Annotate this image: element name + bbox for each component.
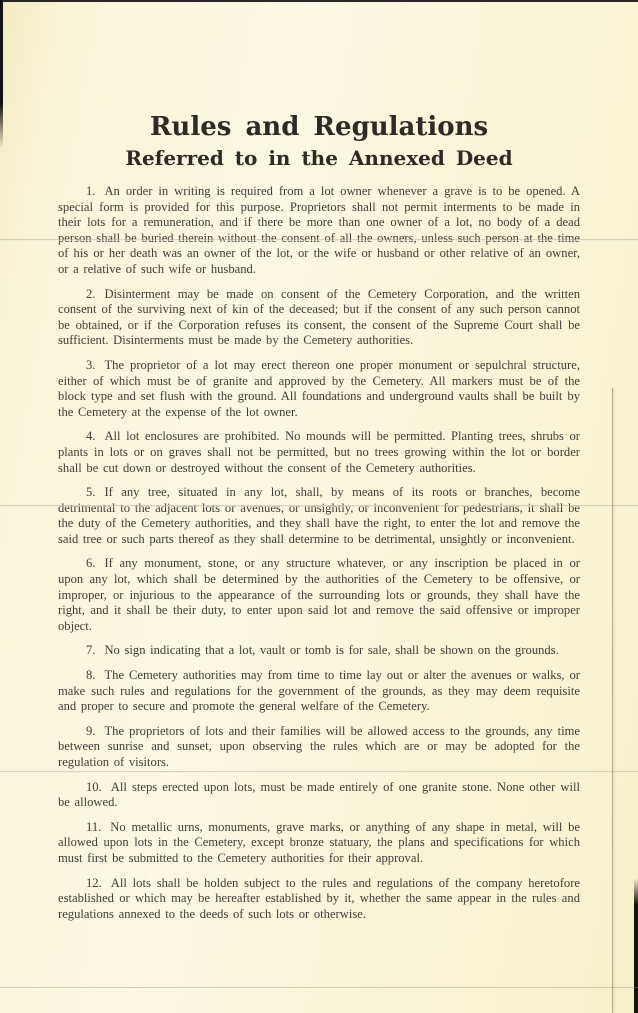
rule-paragraph: 7.No sign indicating that a lot, vault o… bbox=[58, 643, 580, 659]
rule-text: All lots shall be holden subject to the … bbox=[58, 876, 580, 921]
rule-number: 6. bbox=[86, 556, 104, 570]
rule-number: 11. bbox=[86, 820, 110, 834]
document-content: Rules and Regulations Referred to in the… bbox=[58, 0, 580, 931]
rule-text: The proprietor of a lot may erect thereo… bbox=[58, 358, 580, 419]
rule-number: 5. bbox=[86, 485, 104, 499]
paper-edge-bottom bbox=[0, 987, 638, 988]
rule-paragraph: 4.All lot enclosures are prohibited. No … bbox=[58, 429, 580, 476]
rule-text: The proprietors of lots and their famili… bbox=[58, 724, 580, 769]
rule-paragraph: 2.Disinterment may be made on consent of… bbox=[58, 287, 580, 349]
rule-text: No sign indicating that a lot, vault or … bbox=[104, 643, 558, 657]
scanner-edge-left bbox=[0, 0, 3, 148]
rule-text: All steps erected upon lots, must be mad… bbox=[58, 780, 580, 810]
rule-number: 3. bbox=[86, 358, 104, 372]
rule-text: All lot enclosures are prohibited. No mo… bbox=[58, 429, 580, 474]
rule-number: 4. bbox=[86, 429, 104, 443]
scanned-document-page: Rules and Regulations Referred to in the… bbox=[0, 0, 638, 1013]
rule-number: 10. bbox=[86, 780, 111, 794]
rule-paragraph: 11.No metallic urns, monuments, grave ma… bbox=[58, 820, 580, 867]
rule-paragraph: 12.All lots shall be holden subject to t… bbox=[58, 876, 580, 923]
rule-text: If any tree, situated in any lot, shall,… bbox=[58, 485, 580, 546]
rule-number: 1. bbox=[86, 184, 104, 198]
rule-paragraph: 3.The proprietor of a lot may erect ther… bbox=[58, 358, 580, 420]
scanner-edge-top bbox=[0, 0, 638, 2]
rule-number: 12. bbox=[86, 876, 111, 890]
rule-number: 8. bbox=[86, 668, 104, 682]
rule-number: 9. bbox=[86, 724, 104, 738]
paper-edge-line bbox=[612, 388, 613, 1013]
rules-list: 1.An order in writing is required from a… bbox=[58, 184, 580, 922]
rule-paragraph: 9.The proprietors of lots and their fami… bbox=[58, 724, 580, 771]
rule-paragraph: 8.The Cemetery authorities may from time… bbox=[58, 668, 580, 715]
rule-paragraph: 6.If any monument, stone, or any structu… bbox=[58, 556, 580, 634]
rule-paragraph: 5.If any tree, situated in any lot, shal… bbox=[58, 485, 580, 547]
rule-number: 2. bbox=[86, 287, 104, 301]
rule-paragraph: 10.All steps erected upon lots, must be … bbox=[58, 780, 580, 811]
rule-text: If any monument, stone, or any structure… bbox=[58, 556, 580, 632]
rule-text: No metallic urns, monuments, grave marks… bbox=[58, 820, 580, 865]
document-title-line2: Referred to in the Annexed Deed bbox=[58, 146, 580, 170]
rule-text: Disinterment may be made on consent of t… bbox=[58, 287, 580, 348]
rule-text: An order in writing is required from a l… bbox=[58, 184, 580, 276]
rule-text: The Cemetery authorities may from time t… bbox=[58, 668, 580, 713]
document-title-line1: Rules and Regulations bbox=[58, 112, 580, 142]
rule-paragraph: 1.An order in writing is required from a… bbox=[58, 184, 580, 278]
scanner-edge-right bbox=[634, 878, 638, 1013]
rule-number: 7. bbox=[86, 643, 104, 657]
